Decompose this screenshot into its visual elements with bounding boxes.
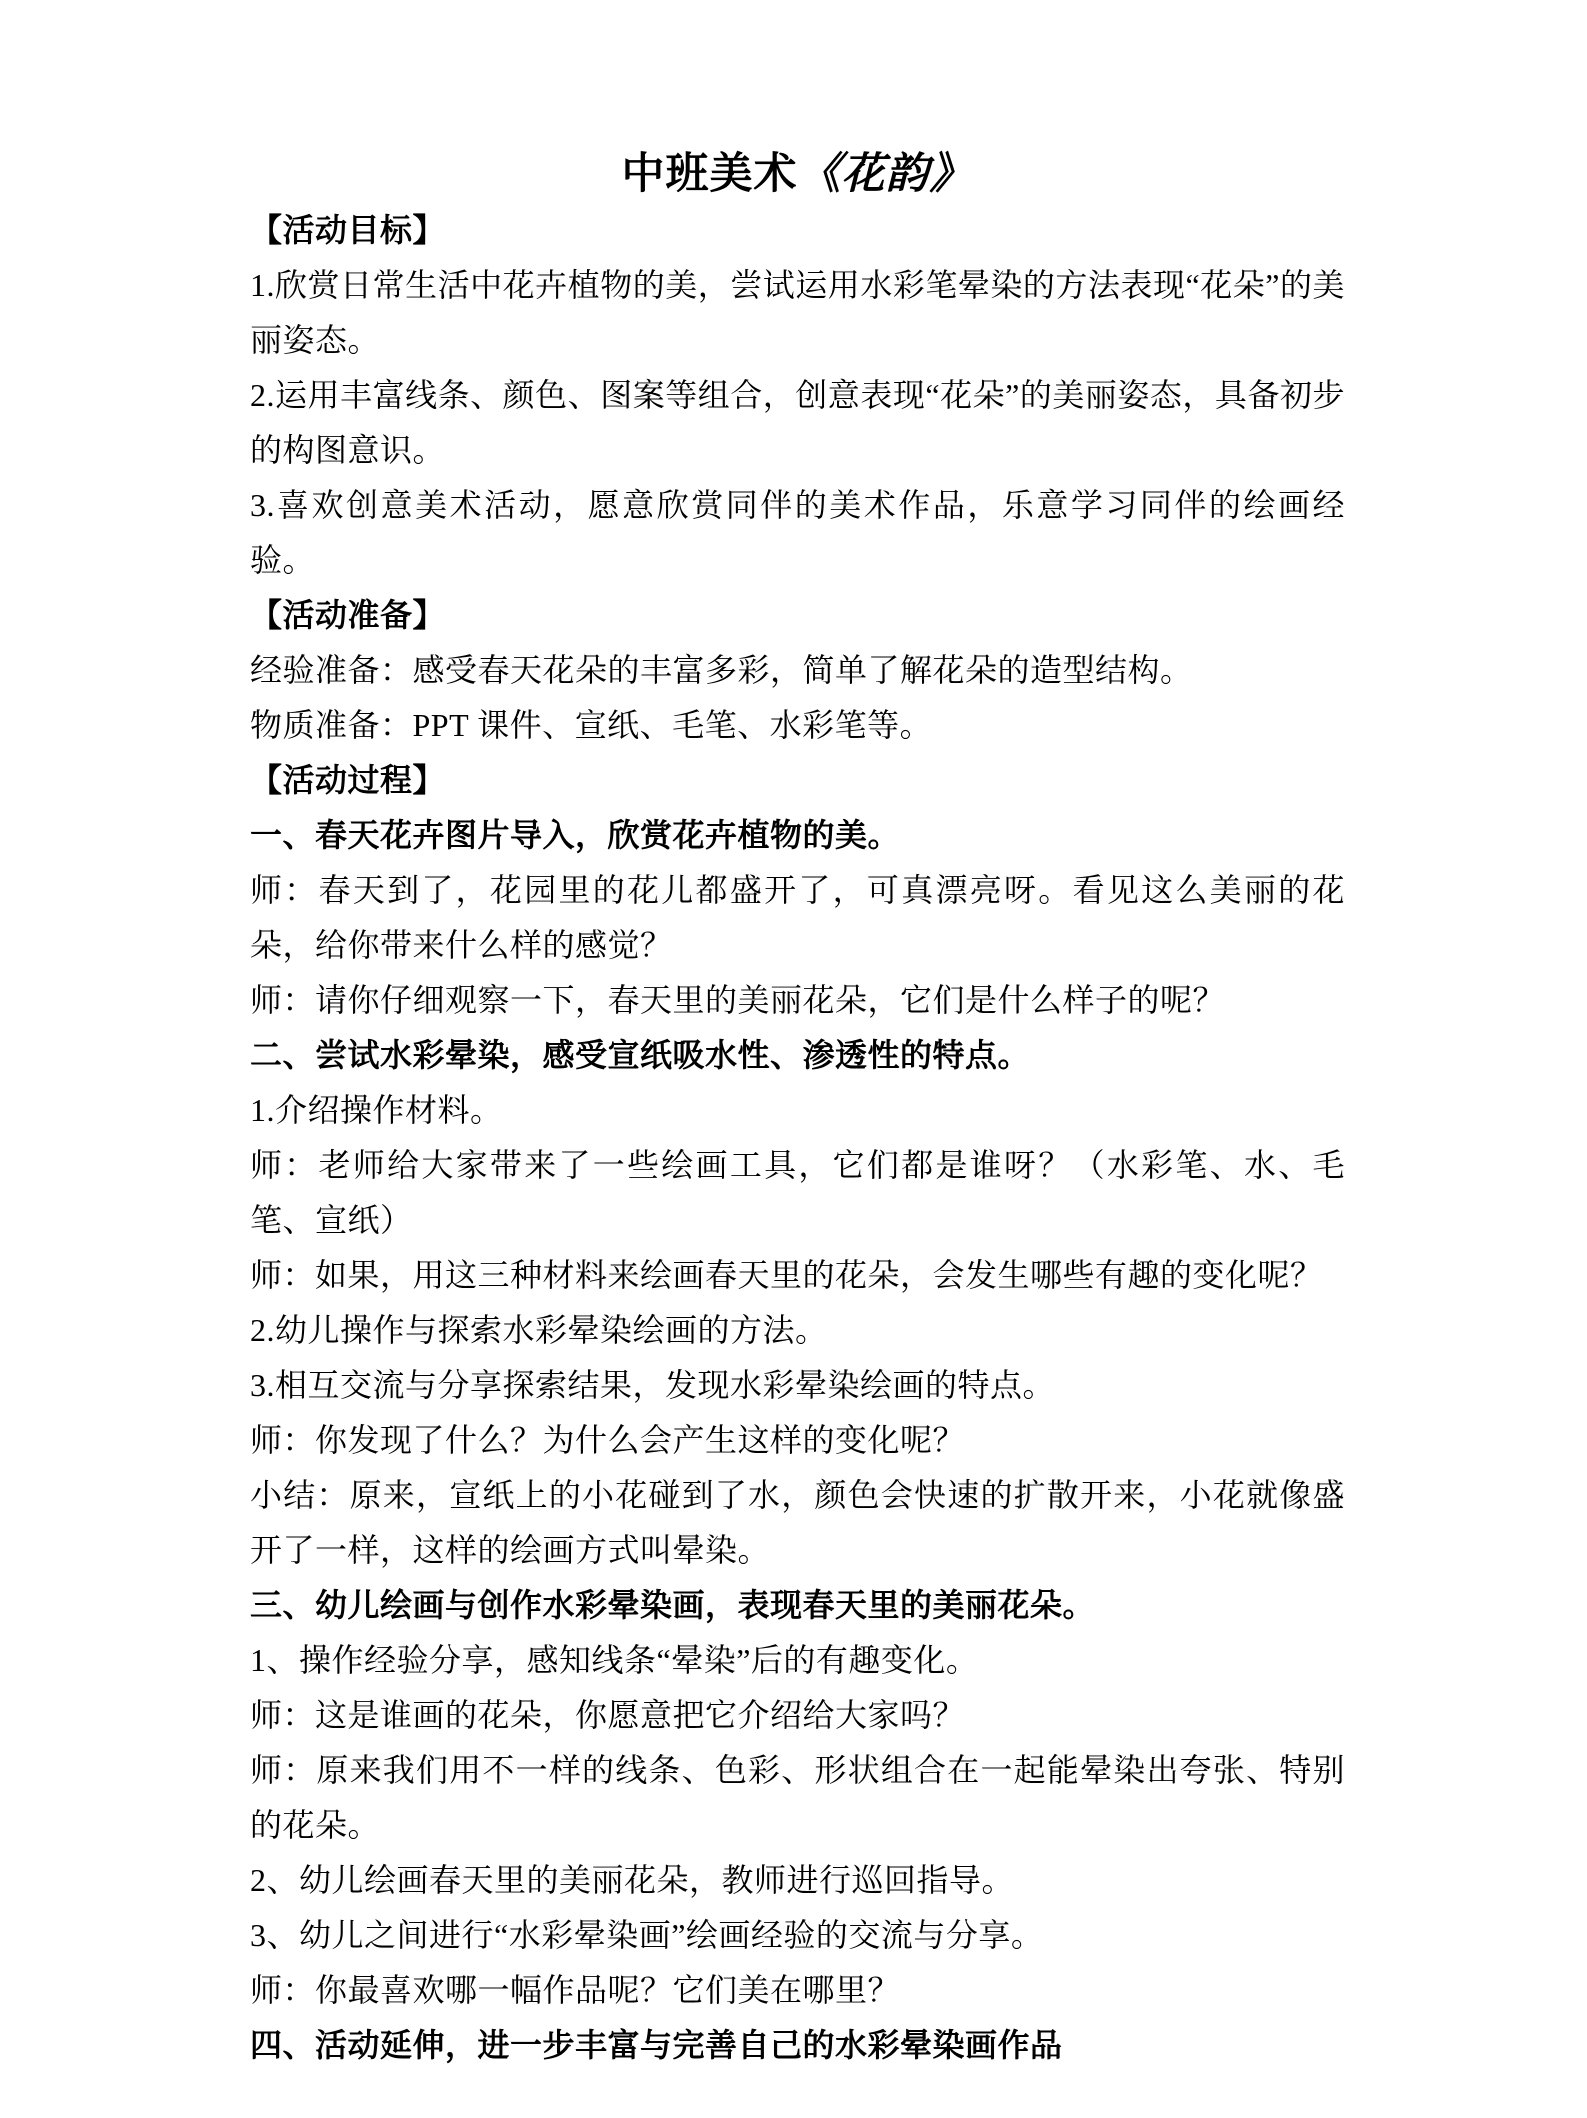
document-page-background: { "page": { "background": "#ffffff", "te… bbox=[0, 0, 1587, 2118]
step-3-item-2: 2、幼儿绘画春天里的美丽花朵，教师进行巡回指导。 bbox=[250, 1853, 1345, 1908]
step-4-heading: 四、活动延伸，进一步丰富与完善自己的水彩晕染画作品 bbox=[250, 2018, 1345, 2073]
lesson-plan-document: 中班美术《花韵》 【活动目标】 1.欣赏日常生活中花卉植物的美，尝试运用水彩笔晕… bbox=[0, 0, 1587, 2118]
step-3-teacher-prompt-1: 师：这是谁画的花朵，你愿意把它介绍给大家吗？ bbox=[250, 1688, 1345, 1743]
step-3-item-3: 3、幼儿之间进行“水彩晕染画”绘画经验的交流与分享。 bbox=[250, 1908, 1345, 1963]
heading-activity-goals: 【活动目标】 bbox=[250, 203, 1345, 258]
step-1-heading: 一、春天花卉图片导入，欣赏花卉植物的美。 bbox=[250, 808, 1345, 863]
step-2-heading: 二、尝试水彩晕染，感受宣纸吸水性、渗透性的特点。 bbox=[250, 1028, 1345, 1083]
step-2-summary: 小结：原来，宣纸上的小花碰到了水，颜色会快速的扩散开来，小花就像盛开了一样，这样… bbox=[250, 1468, 1345, 1578]
heading-activity-process: 【活动过程】 bbox=[250, 753, 1345, 808]
goal-1: 1.欣赏日常生活中花卉植物的美，尝试运用水彩笔晕染的方法表现“花朵”的美丽姿态。 bbox=[250, 258, 1345, 368]
step-3-heading: 三、幼儿绘画与创作水彩晕染画，表现春天里的美丽花朵。 bbox=[250, 1578, 1345, 1633]
goal-2: 2.运用丰富线条、颜色、图案等组合，创意表现“花朵”的美丽姿态，具备初步的构图意… bbox=[250, 368, 1345, 478]
page-title-book-name: 《花韵》 bbox=[798, 151, 974, 198]
step-2-item-2: 2.幼儿操作与探索水彩晕染绘画的方法。 bbox=[250, 1303, 1345, 1358]
preparation-experience: 经验准备：感受春天花朵的丰富多彩，简单了解花朵的造型结构。 bbox=[250, 643, 1345, 698]
step-3-item-1: 1、操作经验分享，感知线条“晕染”后的有趣变化。 bbox=[250, 1633, 1345, 1688]
step-1-teacher-prompt-2: 师：请你仔细观察一下，春天里的美丽花朵，它们是什么样子的呢？ bbox=[250, 973, 1345, 1028]
page-title: 中班美术《花韵》 bbox=[250, 147, 1345, 203]
heading-activity-preparation: 【活动准备】 bbox=[250, 588, 1345, 643]
step-3-teacher-prompt-3: 师：你最喜欢哪一幅作品呢？它们美在哪里？ bbox=[250, 1963, 1345, 2018]
preparation-materials: 物质准备：PPT 课件、宣纸、毛笔、水彩笔等。 bbox=[250, 698, 1345, 753]
page-title-main: 中班美术 bbox=[622, 151, 798, 198]
step-2-teacher-prompt-3: 师：你发现了什么？为什么会产生这样的变化呢？ bbox=[250, 1413, 1345, 1468]
step-2-item-1: 1.介绍操作材料。 bbox=[250, 1083, 1345, 1138]
step-2-teacher-prompt-2: 师：如果，用这三种材料来绘画春天里的花朵，会发生哪些有趣的变化呢？ bbox=[250, 1248, 1345, 1303]
step-2-item-3: 3.相互交流与分享探索结果，发现水彩晕染绘画的特点。 bbox=[250, 1358, 1345, 1413]
step-2-teacher-prompt-1: 师：老师给大家带来了一些绘画工具，它们都是谁呀？（水彩笔、水、毛笔、宣纸） bbox=[250, 1138, 1345, 1248]
goal-3: 3.喜欢创意美术活动，愿意欣赏同伴的美术作品，乐意学习同伴的绘画经验。 bbox=[250, 478, 1345, 588]
step-1-teacher-prompt-1: 师：春天到了，花园里的花儿都盛开了，可真漂亮呀。看见这么美丽的花朵，给你带来什么… bbox=[250, 863, 1345, 973]
step-3-teacher-prompt-2: 师：原来我们用不一样的线条、色彩、形状组合在一起能晕染出夸张、特别的花朵。 bbox=[250, 1743, 1345, 1853]
